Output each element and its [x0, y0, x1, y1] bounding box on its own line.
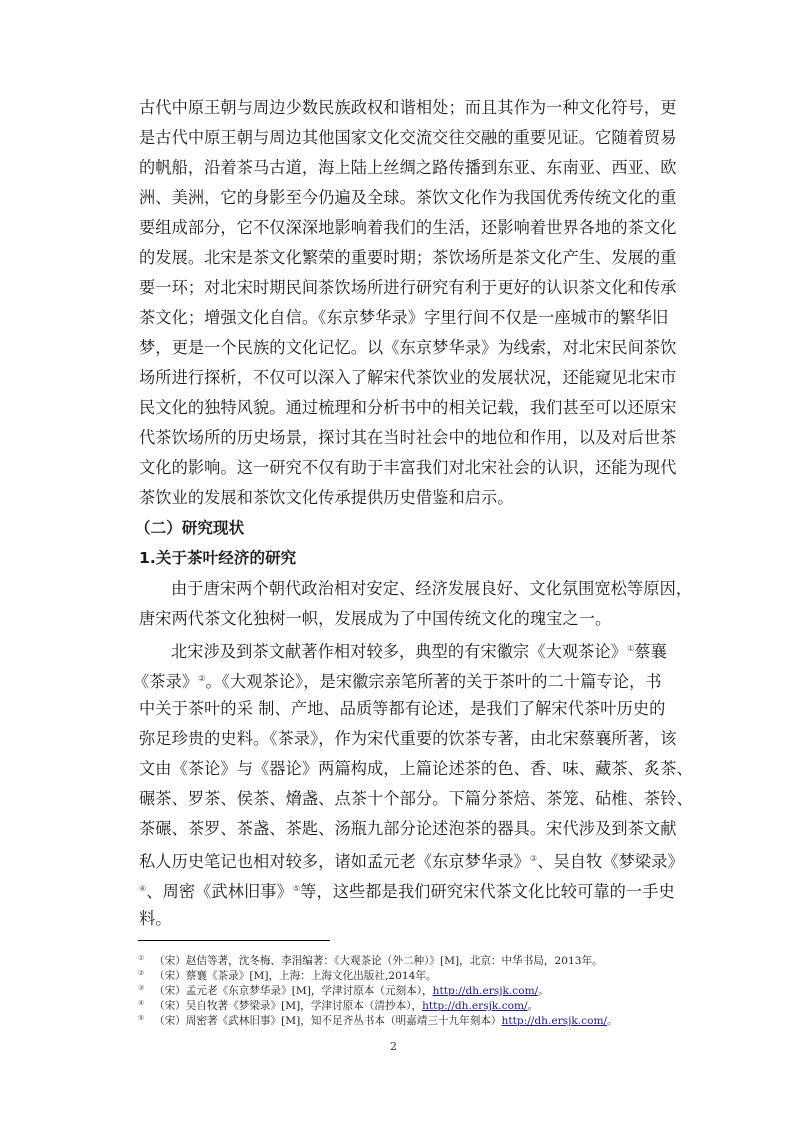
- footnote-item: ②（宋）蔡襄《茶录》[M]，上海：上海文化出版社,2014年。: [138, 965, 437, 981]
- text-line: 由于唐宋两个朝代政治相对安定、经济发展良好、文化氛围宽松等原因，: [171, 577, 692, 601]
- footnote-item: ③（宋）孟元老《东京梦华录》[M]，学津讨原本（元刻本），http://dh.e…: [138, 980, 549, 996]
- footnote-item: ④（宋）吴自牧著《梦梁录》[M]，学津讨原本（清抄本），http://dh.er…: [138, 995, 538, 1011]
- text-span: 《茶录》: [133, 672, 198, 691]
- text-line: 代茶饮场所的历史场景，探讨其在当时社会中的地位和作用，以及对后世茶: [139, 426, 677, 450]
- footnote-link[interactable]: http://dh.ersjk.com/: [502, 1015, 608, 1027]
- footnote-separator: [138, 940, 330, 941]
- text-line: 场所进行探析，不仅可以深入了解宋代茶饮业的发展状况，还能窥见北宋市: [139, 366, 677, 390]
- text-span: 蔡襄: [634, 642, 667, 661]
- text-line: 茶碾、茶罗、茶盏、茶匙、汤瓶九部分论述泡茶的器具。宋代涉及到茶文献: [139, 817, 677, 841]
- footnote-mark: ③: [138, 980, 154, 996]
- document-page: 古代中原王朝与周边少数民族政权和谐相处；而且其作为一种文化符号，更 是古代中原王…: [0, 0, 794, 1122]
- footnote-item: ⑤（宋）周密著《武林旧事》[M]，知不足齐丛书本（明嘉靖三十九年刻本）http:…: [138, 1010, 618, 1026]
- text-span: 。《大观茶论》，是宋徽宗亲笔所著的关于茶叶的二十篇专论，书: [205, 672, 661, 691]
- text-line: 民文化的独特风貌。通过梳理和分析书中的相关记载，我们甚至可以还原宋: [139, 396, 677, 420]
- section-heading: （二）研究现状: [135, 516, 244, 540]
- subsection-heading: 1.关于茶叶经济的研究: [139, 546, 296, 570]
- footnote-mark: ⑤: [138, 1010, 154, 1026]
- text-line: 文化的影响。这一研究不仅有助于丰富我们对北宋社会的认识，还能为现代: [139, 456, 677, 480]
- text-span: 私人历史笔记也相对较多，诸如孟元老《东京梦华录》: [139, 852, 530, 871]
- footnote-item: ①（宋）赵佶等著，沈冬梅、李涓编著：《大观茶论（外二种）》[M]，北京：中华书局…: [138, 950, 603, 966]
- text-span: 、吴自牧《梦梁录》: [537, 852, 684, 871]
- footnote-mark: ①: [138, 950, 154, 966]
- text-span: 等，这些都是我们研究宋代茶文化比较可靠的一手史: [300, 882, 675, 901]
- text-line: 中关于茶叶的采 制、产地、品质等都有论述，是我们了解宋代茶叶历史的: [139, 697, 665, 721]
- text-line: ④、周密《武林旧事》⑤等，这些都是我们研究宋代茶文化比较可靠的一手史: [139, 877, 675, 901]
- footnote-tail: 。: [607, 1015, 618, 1027]
- text-line: 北宋涉及到茶文献著作相对较多，典型的有宋徽宗《大观茶论》①蔡襄: [171, 637, 667, 661]
- footnote-mark: ④: [138, 995, 154, 1011]
- text-line: 私人历史笔记也相对较多，诸如孟元老《东京梦华录》③、吴自牧《梦梁录》: [139, 847, 684, 871]
- text-line: 文由《茶论》与《器论》两篇构成，上篇论述茶的色、香、味、藏茶、炙茶、: [139, 757, 693, 781]
- text-line: 是古代中原王朝与周边其他国家文化交流交往交融的重要见证。它随着贸易: [139, 126, 677, 150]
- text-line: 洲、美洲，它的身影至今仍遍及全球。茶饮文化作为我国优秀传统文化的重: [139, 186, 677, 210]
- text-span: 、周密《武林旧事》: [146, 882, 293, 901]
- text-line: 料。: [139, 907, 172, 931]
- text-line: 要组成部分，它不仅深深地影响着我们的生活，还影响着世界各地的茶文化: [139, 216, 677, 240]
- text-line: 茶文化；增强文化自信。《东京梦华录》字里行间不仅是一座城市的繁华旧: [139, 306, 668, 330]
- text-line: 《茶录》②。《大观茶论》，是宋徽宗亲笔所著的关于茶叶的二十篇专论，书: [133, 667, 662, 691]
- text-line: 要一环；对北宋时期民间茶饮场所进行研究有利于更好的认识茶文化和传承: [139, 276, 677, 300]
- footnote-text: （宋）周密著《武林旧事》[M]，知不足齐丛书本（明嘉靖三十九年刻本）: [154, 1015, 502, 1027]
- text-line: 弥足珍贵的史料。《茶录》，作为宋代重要的饮茶专著，由北宋蔡襄所著，该: [139, 727, 677, 751]
- text-line: 碾茶、罗茶、侯茶、熁盏、点茶十个部分。下篇分茶焙、茶笼、砧椎、茶铃、: [139, 787, 693, 811]
- text-line: 的帆船，沿着茶马古道，海上陆上丝绸之路传播到东亚、东南亚、西亚、欧: [139, 156, 677, 180]
- text-line: 古代中原王朝与周边少数民族政权和谐相处；而且其作为一种文化符号，更: [139, 96, 677, 120]
- page-number: 2: [390, 1040, 397, 1053]
- footnote-mark: ②: [138, 965, 154, 981]
- text-line: 茶饮业的发展和茶饮文化传承提供历史借鉴和启示。: [139, 486, 514, 510]
- text-line: 梦，更是一个民族的文化记忆。以《东京梦华录》为线索，对北宋民间茶饮: [139, 336, 677, 360]
- text-line: 的发展。北宋是茶文化繁荣的重要时期；茶饮场所是茶文化产生、发展的重: [139, 246, 677, 270]
- text-span: 北宋涉及到茶文献著作相对较多，典型的有宋徽宗《大观茶论》: [171, 642, 627, 661]
- text-line: 唐宋两代茶文化独树一帜，发展成为了中国传统文化的瑰宝之一。: [139, 607, 611, 631]
- footnote-tail: 。: [538, 985, 549, 997]
